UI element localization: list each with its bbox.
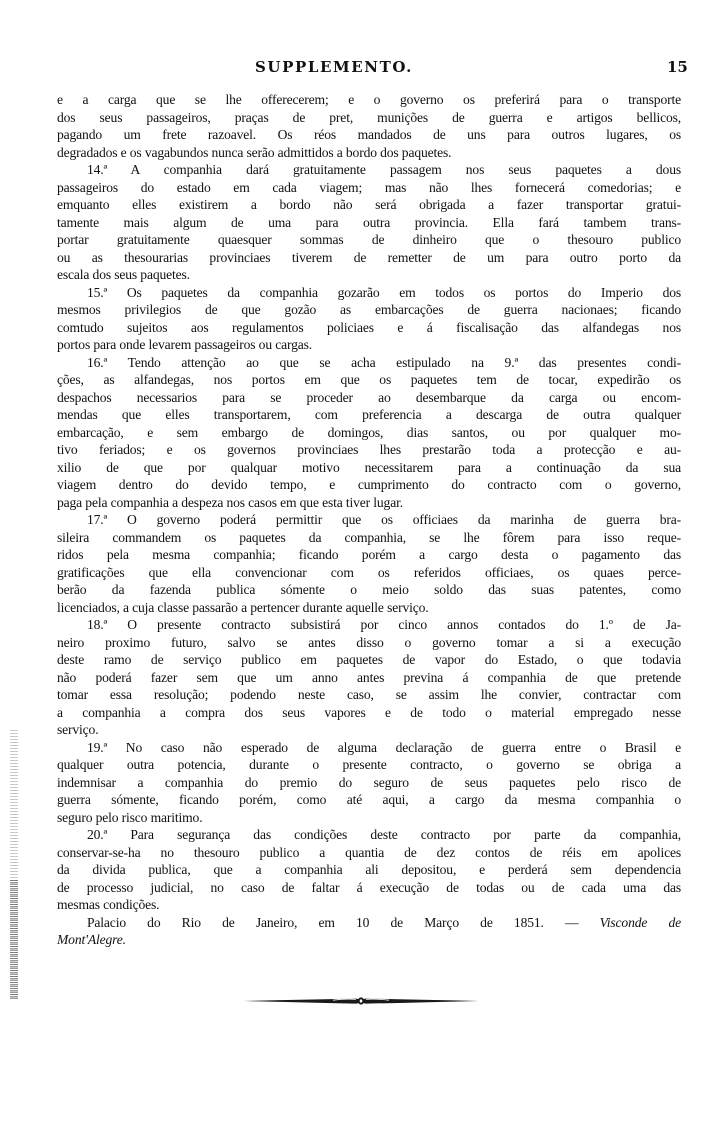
text-line: 14.ª A companhia dará gratuitamente pass… [57,161,681,179]
text-line: ções, as alfandegas, nos portos em que o… [57,371,681,389]
text-line: guerra sómente, ficando porém, como até … [57,791,681,809]
text-line: 18.ª O presente contracto subsistirá por… [57,616,681,634]
text-line: da divida publica, que a companhia ali d… [57,861,681,879]
ornament-icon [243,996,479,1006]
text-line: escala dos seus paquetes. [57,266,681,284]
decorative-rule-ornament [243,991,479,1001]
text-line: 17.ª O governo poderá permittir que os o… [57,511,681,529]
text-line: 16.ª Tendo attenção ao que se acha estip… [57,354,681,372]
text-line: sileira commandem os paquetes da companh… [57,529,681,547]
text-line: mesmos privilegios de que gozão as embar… [57,301,681,319]
text-line: licenciados, a cuja classe passarão a pe… [57,599,681,617]
text-line: portos para onde levarem passageiros ou … [57,336,681,354]
running-title: SUPPLEMENTO. [255,58,413,76]
text-line: viagem dentro do devido tempo, e cumprim… [57,476,681,494]
text-line: tomar essa resolução; podendo neste caso… [57,686,681,704]
text-line: 15.ª Os paquetes da companhia gozarão em… [57,284,681,302]
text-line: a companhia a compra dos seus vapores e … [57,704,681,722]
signature-second: Mont'Alegre. [57,932,126,947]
text-line: deste ramo de serviço publico em paquete… [57,651,681,669]
text-line: mendas que elles transportarem, com pref… [57,406,681,424]
place-date: Palacio do Rio de Janeiro, em 10 de Març… [87,915,578,930]
text-line: 20.ª Para segurança das condições deste … [57,826,681,844]
text-line: tivo feriados; e os governos provinciaes… [57,441,681,459]
text-line: xilio de que por qualquar motivo necessi… [57,459,681,477]
text-line: comtudo sujeitos aos regulamentos polici… [57,319,681,337]
text-line: ou as thesourarias provinciaes tiverem d… [57,249,681,267]
body-text: e a carga que se lhe offerecerem; e o go… [57,91,681,949]
text-line: passageiros do estado em cada viagem; ma… [57,179,681,197]
text-line: tamente mais algum de uma para outra pro… [57,214,681,232]
text-line: qualquer outra potencia, durante o prese… [57,756,681,774]
page-number: 15 [667,58,688,76]
text-line: serviço. [57,721,681,739]
text-line: ridos pela mesma companhia; ficando poré… [57,546,681,564]
page-header: SUPPLEMENTO. 15 [0,58,704,82]
text-line: paga pela companhia a despeza nos casos … [57,494,681,512]
text-line: portar gratuitamente quaesquer sommas de… [57,231,681,249]
text-line: de processo judicial, no caso de faltar … [57,879,681,897]
text-line: não poderá fazer sem que um anno antes p… [57,669,681,687]
text-line: 19.ª No caso não esperado de alguma decl… [57,739,681,757]
text-line: pagando um frete razoavel. Os réos manda… [57,126,681,144]
text-line: e a carga que se lhe offerecerem; e o go… [57,91,681,109]
text-line: indemnisar a companhia do premio do segu… [57,774,681,792]
signature-first: Visconde de [600,915,681,930]
text-line: neiro proximo futuro, salvo se antes dis… [57,634,681,652]
binding-edge-shadow-dark [10,880,18,1000]
text-line: degradados e os vagabundos nunca serão a… [57,144,681,162]
text-line: embarcação, e sem embargo de domingos, d… [57,424,681,442]
text-line: gratificações que ella convencionar com … [57,564,681,582]
closing-line: Palacio do Rio de Janeiro, em 10 de Març… [57,914,681,932]
signature-line: Mont'Alegre. [57,931,681,949]
text-line: dos seus passageiros, praças de pret, mu… [57,109,681,127]
text-line: seguro pelo risco maritimo. [57,809,681,827]
text-line: mesmas condições. [57,896,681,914]
text-line: emquanto elles existirem a bordo não ser… [57,196,681,214]
text-line: berão da fazenda publica sómente o meio … [57,581,681,599]
text-line: despachos necessarios para se proceder a… [57,389,681,407]
text-line: conservar-se-ha no thesouro publico a qu… [57,844,681,862]
